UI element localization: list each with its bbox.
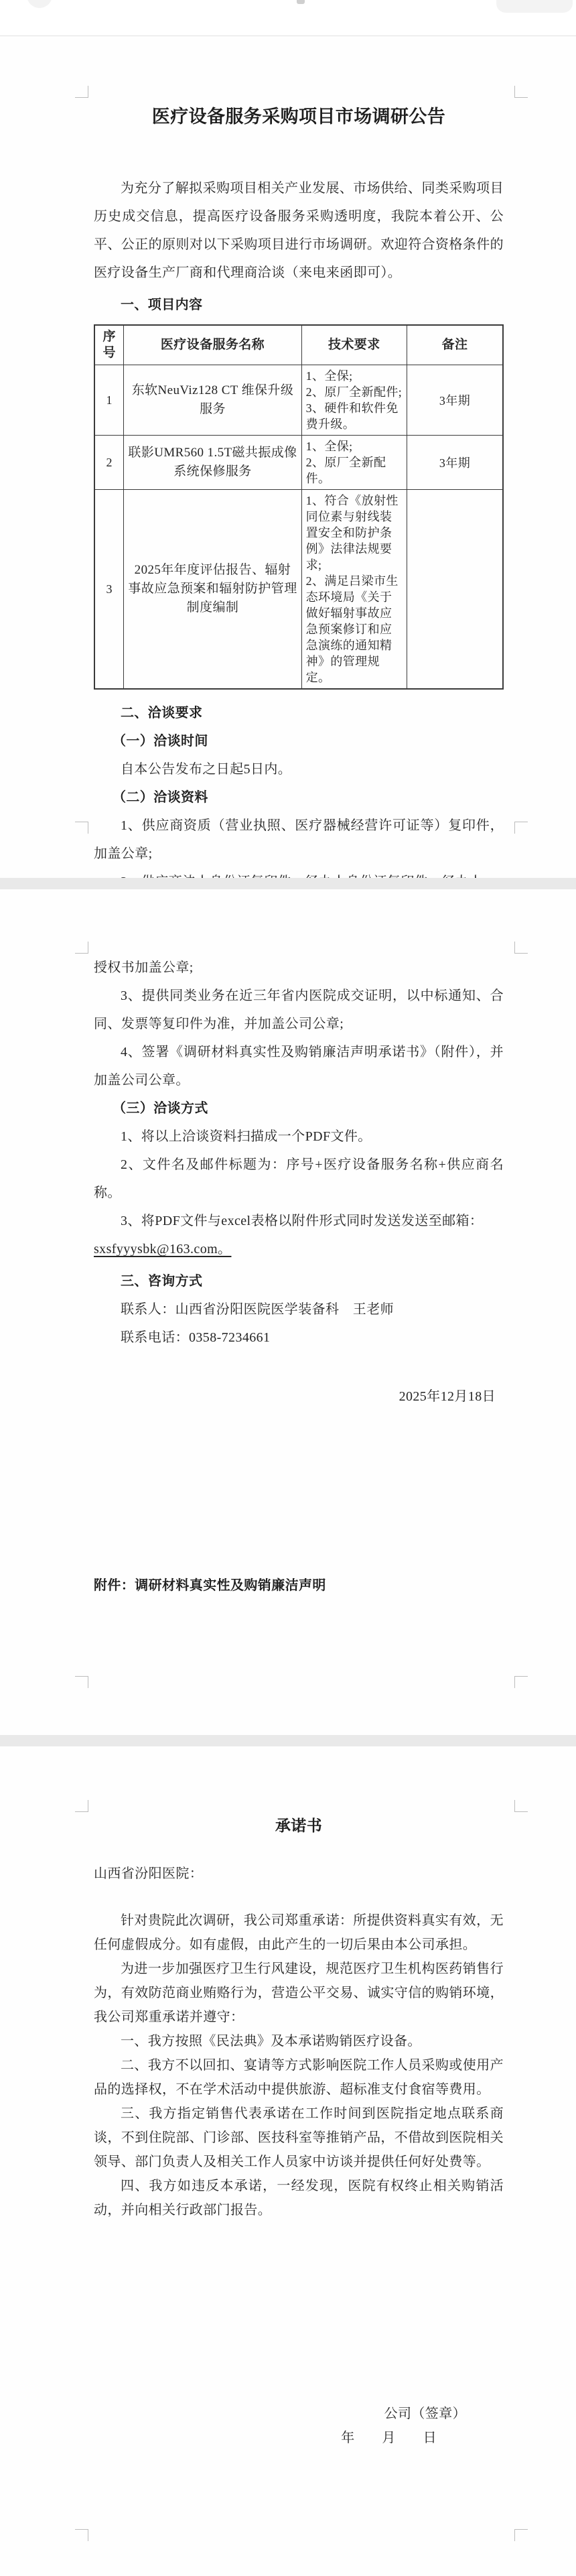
- commitment-item-3: 三、我方指定销售代表承诺在工作时间到医院指定地点联系商谈，不到住院部、门诊部、医…: [94, 2102, 504, 2174]
- material-item-4: 4、签署《调研材料真实性及购销廉洁声明承诺书》（附件），并加盖公司公章。: [94, 1038, 504, 1094]
- cell-note: 3年期: [407, 436, 503, 490]
- commitment-item-4: 四、我方如违反本承诺，一经发现，医院有权终止相关购销活动，并向相关行政部门报告。: [94, 2174, 504, 2222]
- method-item-3: 3、将PDF文件与excel表格以附件形式同时发送发送至邮箱：: [94, 1207, 504, 1235]
- commitment-item-1: 一、我方按照《民法典》及本承诺购销医疗设备。: [94, 2029, 504, 2053]
- text-boundary-mark: [514, 942, 528, 954]
- table-row: 3 2025年年度评估报告、辐射事故应急预案和辐射防护管理制度编制 1、符合《放…: [94, 490, 503, 690]
- text-boundary-mark: [75, 822, 88, 834]
- intro-paragraph: 为充分了解拟采购项目相关产业发展、市场供给、同类采购项目历史成交信息，提高医疗设…: [94, 174, 504, 287]
- document-page-1: 医疗设备服务采购项目市场调研公告 为充分了解拟采购项目相关产业发展、市场供给、同…: [0, 36, 576, 878]
- floating-button-fragment[interactable]: [27, 0, 52, 8]
- cell-name: 联影UMR560 1.5T磁共振成像系统保修服务: [124, 436, 301, 490]
- cell-no: 3: [94, 490, 124, 690]
- signature-date-label: 年 月 日: [94, 2426, 504, 2450]
- cell-no: 2: [94, 436, 124, 490]
- material-item-2-continuation: 授权书加盖公章;: [94, 954, 504, 982]
- column-header-no: 序号: [94, 325, 124, 365]
- text-boundary-mark: [75, 2529, 88, 2541]
- company-seal-label: 公司（签章）: [94, 2402, 504, 2426]
- material-item-1: 1、供应商资质（营业执照、医疗器械经营许可证等）复印件，加盖公章;: [94, 812, 504, 868]
- sub-heading-negotiation-time: （一）洽谈时间: [113, 727, 504, 755]
- material-item-2: 2、供应商法人身份证复印件、经办人身份证复印件、经办人: [94, 868, 504, 878]
- section-heading-project-content: 一、项目内容: [94, 291, 504, 319]
- salutation: 山西省汾阳医院：: [94, 1862, 504, 1886]
- page-gap: [0, 1735, 576, 1746]
- cell-name: 2025年年度评估报告、辐射事故应急预案和辐射防护管理制度编制: [124, 490, 301, 690]
- text-boundary-mark: [75, 1676, 88, 1688]
- contact-phone-line: 联系电话：0358-7234661: [94, 1324, 504, 1352]
- cell-no: 1: [94, 365, 124, 436]
- section-heading-negotiation-requirements: 二、洽谈要求: [94, 699, 504, 727]
- commitment-item-2: 二、我方不以回扣、宴请等方式影响医院工作人员采购或使用产品的选择权，不在学术活动…: [94, 2053, 504, 2102]
- commitment-paragraph-2: 为进一步加强医疗卫生行风建设，规范医疗卫生机构医药销售行为，有效防范商业贿赂行为…: [94, 1957, 504, 2029]
- text-boundary-mark: [75, 1800, 88, 1812]
- commitment-paragraph-1: 针对贵院此次调研，我公司郑重承诺：所提供资料真实有效，无任何虚假成分。如有虚假，…: [94, 1909, 504, 1957]
- negotiation-time-text: 自本公告发布之日起5日内。: [94, 755, 504, 783]
- contact-person-line: 联系人：山西省汾阳医院医学装备科 王老师: [94, 1295, 504, 1324]
- sub-heading-negotiation-method: （三）洽谈方式: [113, 1094, 504, 1122]
- text-boundary-mark: [514, 822, 528, 834]
- text-boundary-mark: [75, 86, 88, 98]
- small-icon-fragment: [297, 0, 305, 4]
- method-item-1: 1、将以上洽谈资料扫描成一个PDF文件。: [94, 1122, 504, 1151]
- document-page-2: 授权书加盖公章; 3、提供同类业务在近三年省内医院成交证明，以中标通知、合同、发…: [0, 889, 576, 1735]
- text-boundary-mark: [514, 1800, 528, 1812]
- toolbar-chip-fragment[interactable]: [496, 0, 573, 13]
- cell-tech: 1、全保; 2、原厂全新配件。: [301, 436, 407, 490]
- cell-note: [407, 490, 503, 690]
- method-item-2: 2、文件名及邮件标题为：序号+医疗设备服务名称+供应商名称。: [94, 1151, 504, 1207]
- cell-note: 3年期: [407, 365, 503, 436]
- contact-email: sxsfyyysbk@163.com。: [94, 1235, 504, 1263]
- cell-tech: 1、全保; 2、原厂全新配件; 3、硬件和软件免费升级。: [301, 365, 407, 436]
- text-boundary-mark: [75, 942, 88, 954]
- material-item-3: 3、提供同类业务在近三年省内医院成交证明，以中标通知、合同、发票等复印件为准，并…: [94, 982, 504, 1038]
- page-gap: [0, 878, 576, 889]
- column-header-note: 备注: [407, 325, 503, 365]
- top-toolbar: [0, 0, 576, 36]
- document-page-3: 承诺书 山西省汾阳医院： 针对贵院此次调研，我公司郑重承诺：所提供资料真实有效，…: [0, 1746, 576, 2576]
- cell-tech: 1、符合《放射性同位素与射线装置安全和防护条例》法律法规要求; 2、满足吕梁市生…: [301, 490, 407, 690]
- commitment-letter-title: 承诺书: [94, 1813, 504, 1838]
- text-boundary-mark: [514, 1676, 528, 1688]
- column-header-name: 医疗设备服务名称: [124, 325, 301, 365]
- table-header-row: 序号 医疗设备服务名称 技术要求 备注: [94, 325, 503, 365]
- section-heading-consultation: 三、咨询方式: [94, 1267, 504, 1295]
- attachment-note: 附件：调研材料真实性及购销廉洁声明: [94, 1571, 504, 1600]
- table-row: 2 联影UMR560 1.5T磁共振成像系统保修服务 1、全保; 2、原厂全新配…: [94, 436, 503, 490]
- project-items-table: 序号 医疗设备服务名称 技术要求 备注 1 东软NeuViz128 CT 维保升…: [94, 324, 504, 690]
- text-boundary-mark: [514, 2529, 528, 2541]
- sub-heading-negotiation-materials: （二）洽谈资料: [113, 783, 504, 812]
- announcement-date: 2025年12月18日: [94, 1382, 504, 1411]
- document-title: 医疗设备服务采购项目市场调研公告: [94, 103, 504, 130]
- table-row: 1 东软NeuViz128 CT 维保升级服务 1、全保; 2、原厂全新配件; …: [94, 365, 503, 436]
- cell-name: 东软NeuViz128 CT 维保升级服务: [124, 365, 301, 436]
- column-header-tech: 技术要求: [301, 325, 407, 365]
- text-boundary-mark: [514, 86, 528, 98]
